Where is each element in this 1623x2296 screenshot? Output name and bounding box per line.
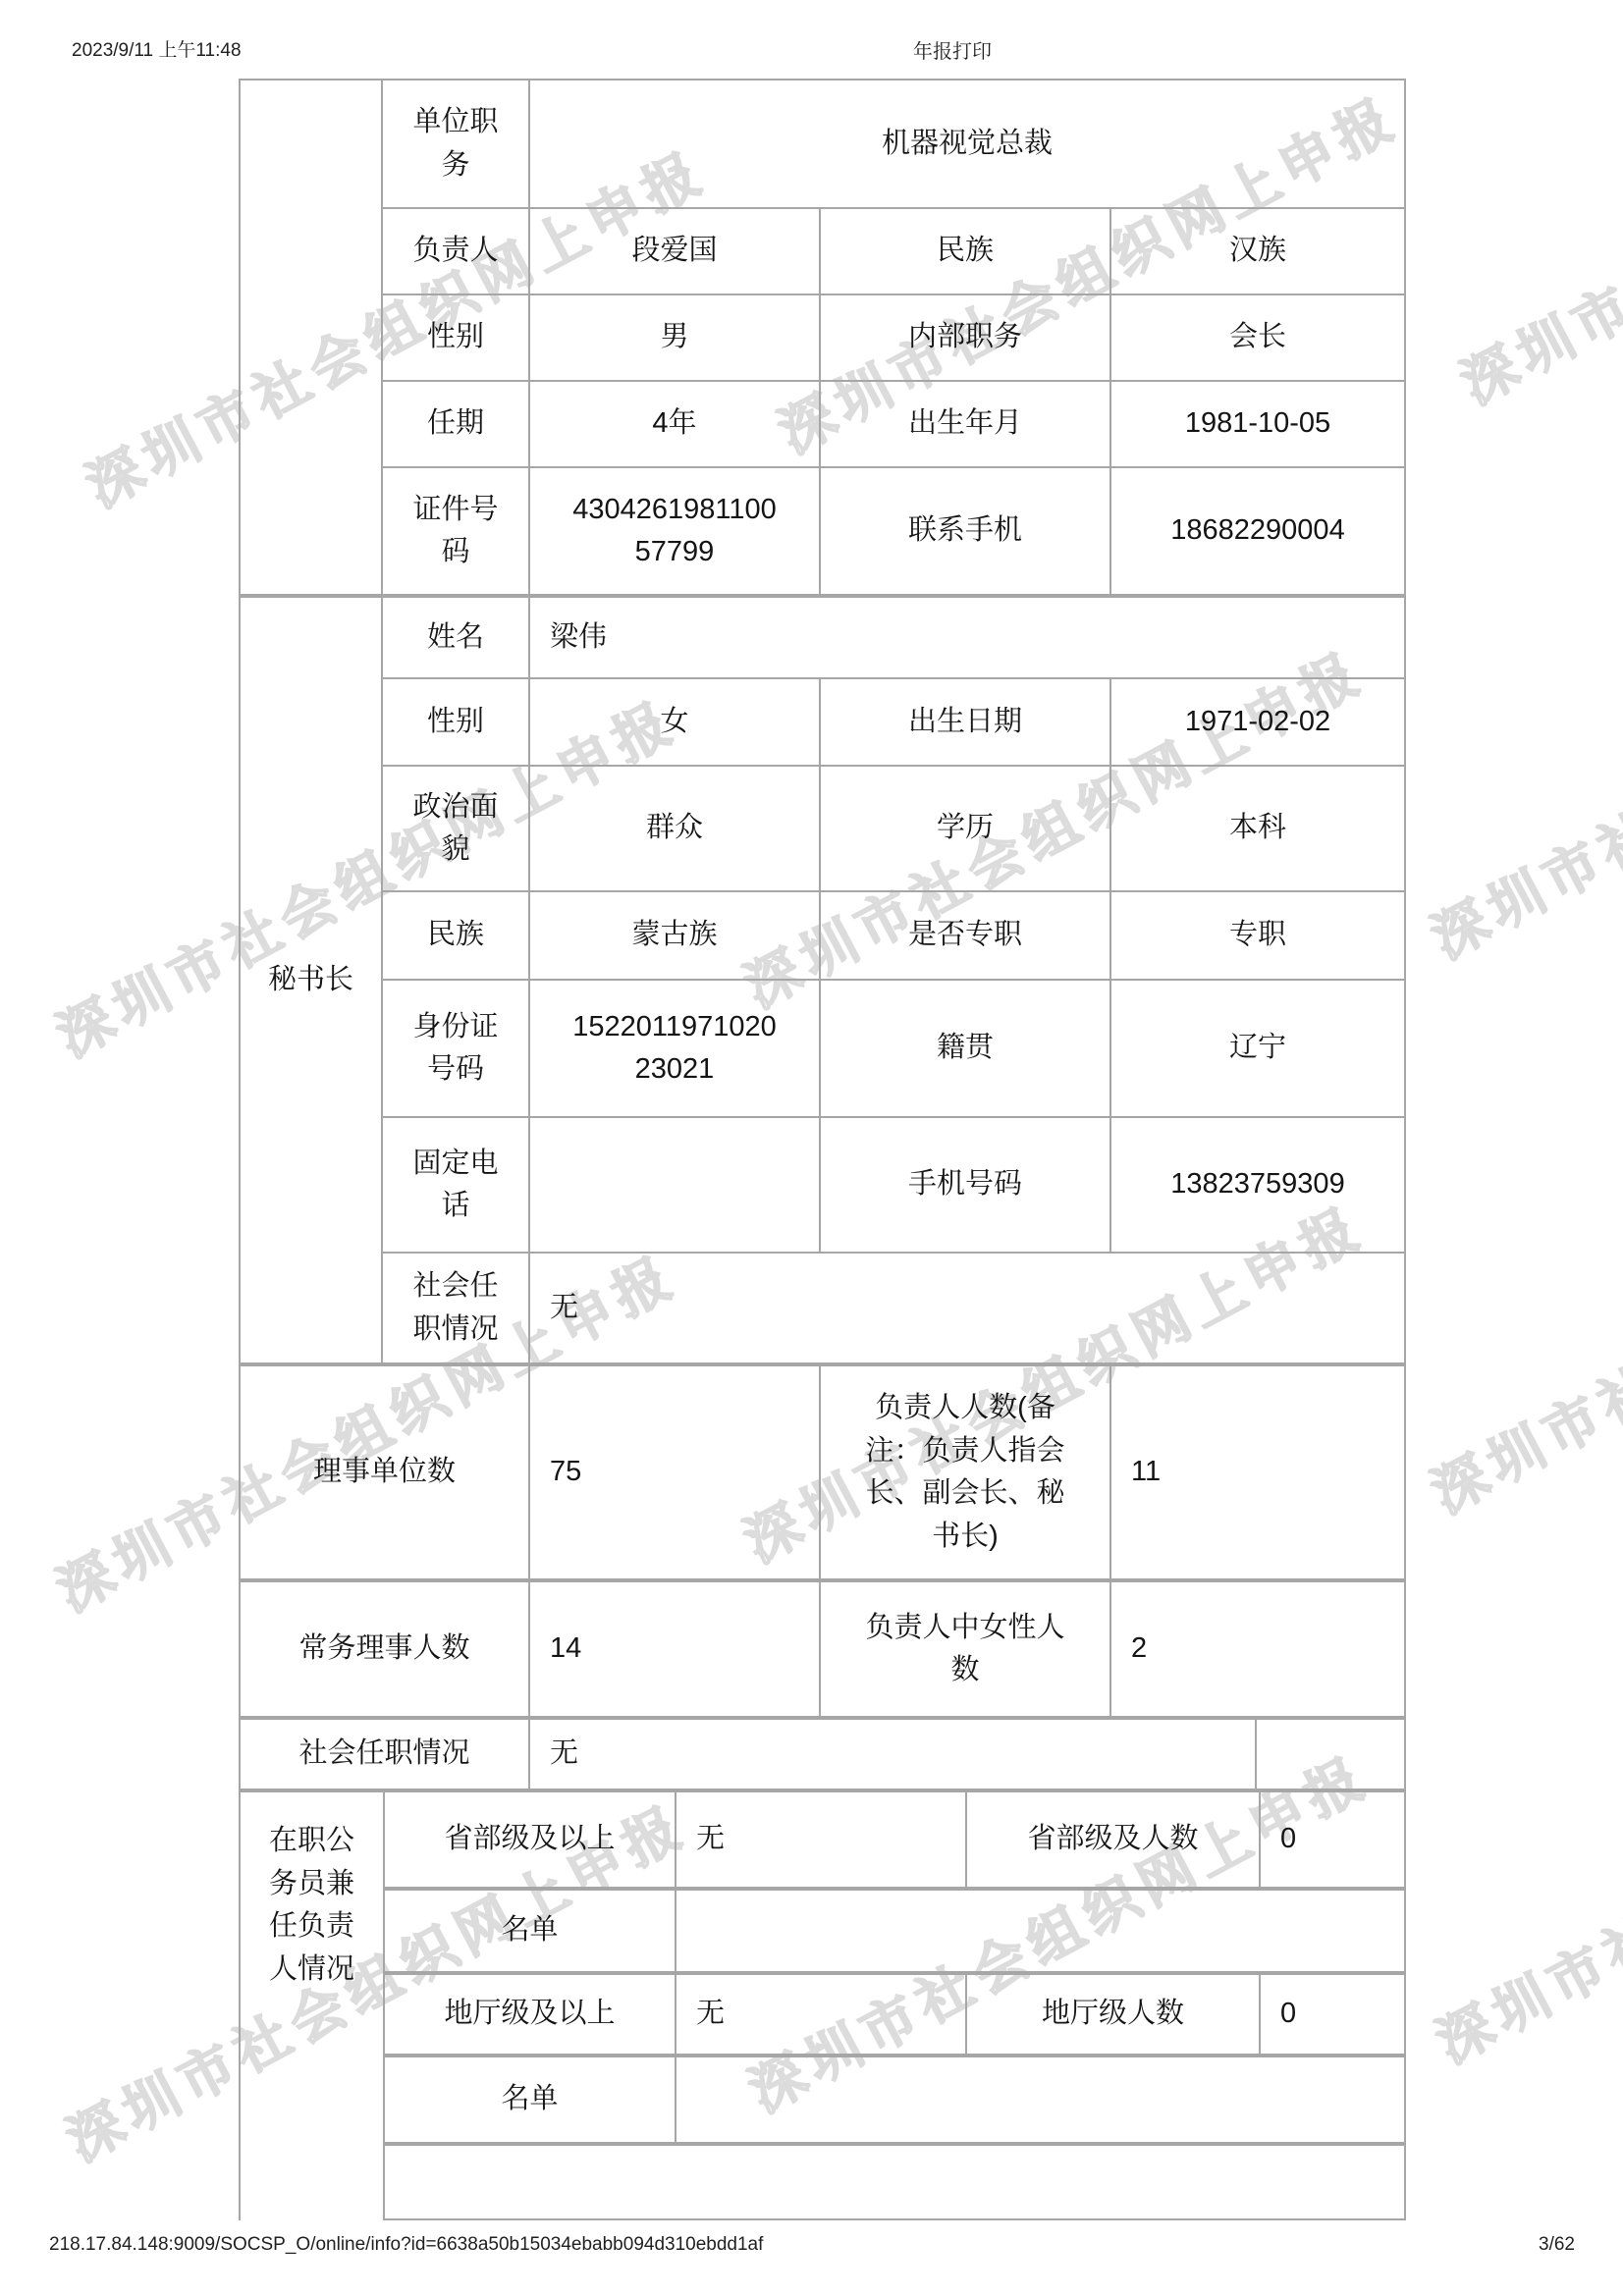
cell-value-standing-directors: 14 bbox=[530, 1582, 821, 1716]
cell-empty-trailing bbox=[1257, 1720, 1404, 1789]
cell-value-name: 梁伟 bbox=[530, 598, 1404, 679]
cell-value-sg-birth: 1971-02-02 bbox=[1111, 679, 1404, 767]
cell-label-native-place: 籍贯 bbox=[821, 981, 1111, 1118]
cell-label-sg-social-posts: 社会任职情况 bbox=[383, 1254, 530, 1362]
cell-value-sg-gender: 女 bbox=[530, 679, 821, 767]
leader-info-table: 单位职务 机器视觉总裁 负责人 段爱国 民族 汉族 性别 男 内部职务 会长 任… bbox=[239, 79, 1406, 596]
cell-value-leaders-count: 11 bbox=[1111, 1366, 1404, 1578]
cell-label-leaders-count: 负责人人数(备注：负责人指会长、副会长、秘书长) bbox=[821, 1366, 1111, 1578]
cell-label-sg-gender: 性别 bbox=[383, 679, 530, 767]
cell-value-prefecture-count: 0 bbox=[1261, 1975, 1404, 2054]
secretary-general-table: 秘书长 姓名 梁伟 性别 女 出生日期 1971-02-02 政治面貌 群众 学… bbox=[239, 596, 1406, 1364]
page-title: 年报打印 bbox=[854, 35, 1051, 64]
watermark-text: 深圳市社会组织网上申报 bbox=[1445, 26, 1623, 419]
cell-label-provincial: 省部级及以上 bbox=[385, 1792, 676, 1887]
social-posts-row: 社会任职情况 无 bbox=[239, 1718, 1406, 1790]
cell-nav-secretary-general: 秘书长 bbox=[241, 598, 383, 1362]
cell-value-native-place: 辽宁 bbox=[1111, 981, 1404, 1118]
cell-label-leader: 负责人 bbox=[383, 209, 530, 295]
cell-label-landline: 固定电话 bbox=[383, 1118, 530, 1254]
cell-value-provincial-count: 0 bbox=[1261, 1792, 1404, 1887]
cell-label-list-1: 名单 bbox=[385, 1891, 676, 1971]
print-datetime: 2023/9/11 上午11:48 bbox=[72, 35, 242, 62]
cell-value-sg-social-posts: 无 bbox=[530, 1254, 1404, 1362]
cell-value-term: 4年 bbox=[530, 382, 821, 468]
cell-value-id-number: 430426198110057799 bbox=[530, 468, 821, 594]
watermark-text: 深圳市社会组织网上申报 bbox=[1416, 1135, 1623, 1528]
cell-value-landline bbox=[530, 1118, 821, 1254]
cell-label-standing-directors: 常务理事人数 bbox=[241, 1582, 530, 1716]
cell-value-internal-post: 会长 bbox=[1111, 295, 1404, 382]
cell-value-ethnicity: 汉族 bbox=[1111, 209, 1404, 295]
cell-label-education: 学历 bbox=[821, 767, 1111, 892]
cell-value-sg-mobile: 13823759309 bbox=[1111, 1118, 1404, 1254]
cell-value-list-1 bbox=[676, 1891, 1404, 1971]
cell-label-gender: 性别 bbox=[383, 295, 530, 382]
cell-value-sg-ethnicity: 蒙古族 bbox=[530, 892, 821, 981]
footer-page-number: 3/62 bbox=[1539, 2234, 1575, 2256]
cell-label-birth-date: 出生年月 bbox=[821, 382, 1111, 468]
cell-label-prefecture-count: 地厅级人数 bbox=[967, 1975, 1261, 2054]
cell-label-prefecture: 地厅级及以上 bbox=[385, 1975, 676, 2054]
cell-label-sg-mobile: 手机号码 bbox=[821, 1118, 1111, 1254]
cell-label-internal-post: 内部职务 bbox=[821, 295, 1111, 382]
provincial-level-row: 省部级及以上 无 省部级及人数 0 bbox=[383, 1790, 1406, 1889]
cell-label-id-number: 证件号码 bbox=[383, 468, 530, 594]
footer-url: 218.17.84.148:9009/SOCSP_O/online/info?i… bbox=[49, 2234, 763, 2256]
cell-label-list-2: 名单 bbox=[385, 2057, 676, 2142]
cell-label-sg-ethnicity: 民族 bbox=[383, 892, 530, 981]
standing-directors-row: 常务理事人数 14 负责人中女性人数 2 bbox=[239, 1580, 1406, 1718]
council-units-row: 理事单位数 75 负责人人数(备注：负责人指会长、副会长、秘书长) 11 bbox=[239, 1364, 1406, 1580]
cell-value-prefecture: 无 bbox=[676, 1975, 967, 2054]
cell-label-name: 姓名 bbox=[383, 598, 530, 679]
cell-value-education: 本科 bbox=[1111, 767, 1404, 892]
cell-value-social-posts: 无 bbox=[530, 1720, 1257, 1789]
watermark-text: 深圳市社会组织网上申报 bbox=[1421, 1684, 1623, 2078]
cell-label-provincial-count: 省部级及人数 bbox=[967, 1792, 1261, 1887]
cell-value-birth-date: 1981-10-05 bbox=[1111, 382, 1404, 468]
cell-value-gender: 男 bbox=[530, 295, 821, 382]
cell-label-unit-post: 单位职务 bbox=[383, 80, 530, 209]
provincial-list-row: 名单 bbox=[383, 1889, 1406, 1973]
cell-label-sg-id: 身份证号码 bbox=[383, 981, 530, 1118]
cell-label-mobile: 联系手机 bbox=[821, 468, 1111, 594]
cell-value-political-status: 群众 bbox=[530, 767, 821, 892]
prefecture-list-row: 名单 bbox=[383, 2056, 1406, 2144]
cell-nav-civil-servants: 在职公务员兼任负责人情况 bbox=[239, 1790, 385, 2220]
watermark-text: 深圳市社会组织网上申报 bbox=[1416, 580, 1623, 974]
empty-bottom-row bbox=[383, 2144, 1406, 2220]
cell-empty-bottom bbox=[385, 2146, 1404, 2218]
cell-value-mobile: 18682290004 bbox=[1111, 468, 1404, 594]
prefecture-level-row: 地厅级及以上 无 地厅级人数 0 bbox=[383, 1973, 1406, 2056]
cell-value-unit-post: 机器视觉总裁 bbox=[530, 80, 1404, 209]
cell-value-sg-id: 152201197102023021 bbox=[530, 981, 821, 1118]
cell-value-provincial: 无 bbox=[676, 1792, 967, 1887]
cell-label-female-leaders: 负责人中女性人数 bbox=[821, 1582, 1111, 1716]
cell-label-fulltime: 是否专职 bbox=[821, 892, 1111, 981]
cell-value-leader-name: 段爱国 bbox=[530, 209, 821, 295]
cell-label-ethnicity: 民族 bbox=[821, 209, 1111, 295]
cell-label-council-units: 理事单位数 bbox=[241, 1366, 530, 1578]
cell-value-fulltime: 专职 bbox=[1111, 892, 1404, 981]
cell-label-sg-birth: 出生日期 bbox=[821, 679, 1111, 767]
cell-label-term: 任期 bbox=[383, 382, 530, 468]
cell-label-social-posts: 社会任职情况 bbox=[241, 1720, 530, 1789]
cell-empty-nav bbox=[241, 80, 383, 594]
cell-value-female-leaders: 2 bbox=[1111, 1582, 1404, 1716]
cell-value-council-units: 75 bbox=[530, 1366, 821, 1578]
cell-label-political-status: 政治面貌 bbox=[383, 767, 530, 892]
cell-value-list-2 bbox=[676, 2057, 1404, 2142]
